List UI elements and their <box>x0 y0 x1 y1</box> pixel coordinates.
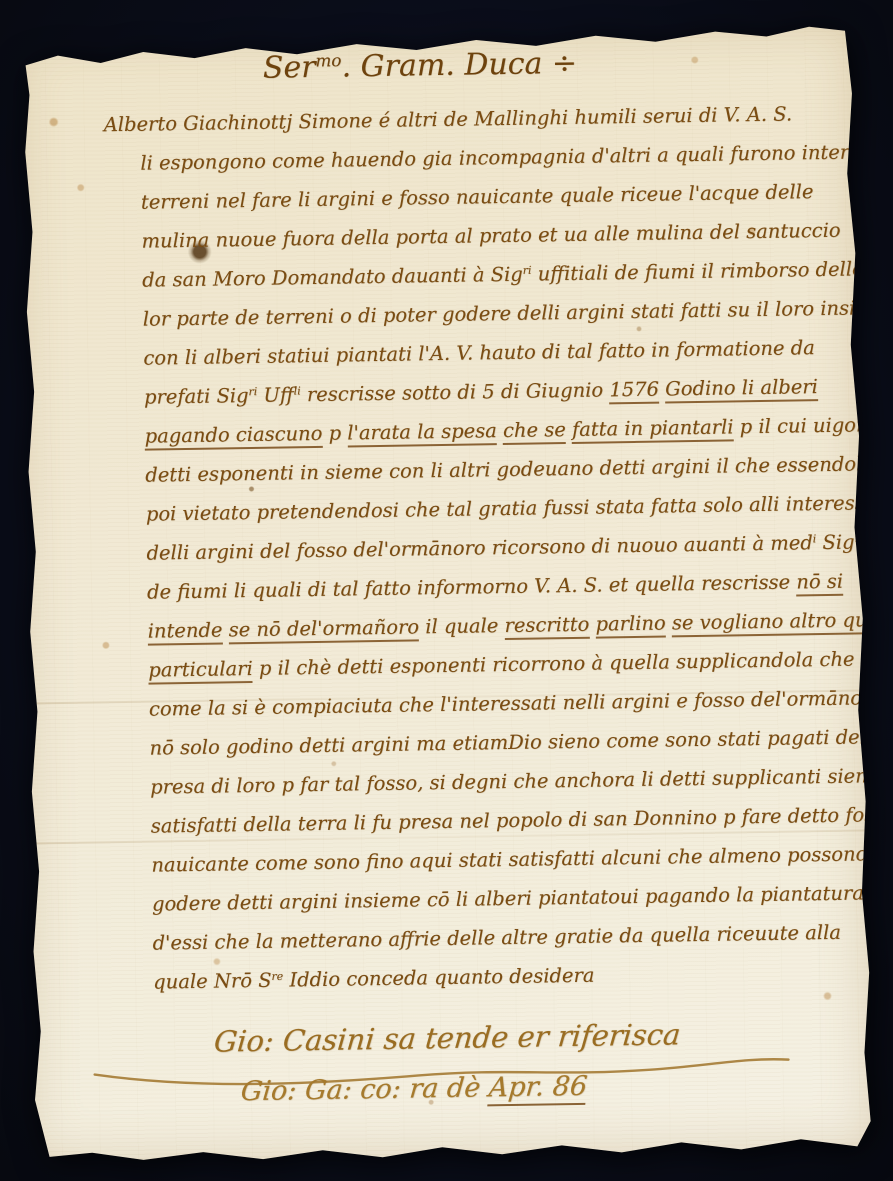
text-segment: da san Moro Domandato dauanti à Sig <box>142 263 523 292</box>
underlined-text-segment: pagando ciascuno <box>144 422 322 451</box>
underlined-text-segment: fatta in piantarli <box>572 415 734 444</box>
underlined-text-segment: nō si <box>796 570 843 597</box>
superscript-abbreviation: re <box>271 970 283 983</box>
text-segment: Ser <box>263 50 316 86</box>
manuscript-page: Sermo. Gram. Duca ÷ Alberto Giachinottj … <box>6 13 878 1168</box>
text-segment: Gio: Ga: co: ra dè <box>240 1072 491 1107</box>
text-segment: quale Nrō S <box>153 969 272 994</box>
letter-content: Sermo. Gram. Duca ÷ Alberto Giachinottj … <box>103 41 873 1109</box>
text-segment: Iddio conceda quanto desidera <box>283 964 595 992</box>
underlined-text-segment: rescritto <box>504 613 589 640</box>
underlined-text-segment: 1576 <box>609 378 659 405</box>
text-segment: Uff <box>257 383 294 407</box>
underlined-text-segment: se nō del'ormañoro <box>228 615 419 644</box>
paper-shadow-wrap: Sermo. Gram. Duca ÷ Alberto Giachinottj … <box>0 0 893 1181</box>
underlined-text-segment: Apr. 86 <box>487 1071 588 1107</box>
underlined-text-segment: intende <box>148 618 223 645</box>
underlined-text-segment: se vogliano altro quelli <box>672 608 893 638</box>
letter-body: Alberto Giachinottj Simone é altri de Ma… <box>140 101 872 1009</box>
text-segment: Sig <box>816 531 855 555</box>
underlined-text-segment: Godino li alberi <box>665 375 818 403</box>
underlined-text-segment: particulari <box>148 657 253 685</box>
underlined-text-segment: che se <box>503 418 566 445</box>
text-segment: prefati Sig <box>144 384 249 409</box>
text-segment: p <box>322 421 347 444</box>
text-segment: il quale <box>419 614 505 638</box>
signature: Gio: Ga: co: ra dè Apr. 86 <box>240 1066 875 1107</box>
signature: Gio: Casini sa tende er riferisca <box>213 1014 874 1058</box>
text-segment: . Gram. Duca ÷ <box>341 46 577 85</box>
superscript-abbreviation: mo <box>315 50 341 70</box>
text-segment: Alberto Giachinottj Simone é altri de Ma… <box>104 102 793 136</box>
text-segment: p il cui uigore <box>733 413 877 438</box>
text-segment: uffitiali de fiumi il rimborso delle <box>531 257 863 285</box>
text-segment: Gio: Casini sa tende er riferisca <box>213 1017 682 1058</box>
superscript-abbreviation: ri <box>854 532 863 545</box>
letter-salutation: Sermo. Gram. Duca ÷ <box>263 41 858 102</box>
underlined-text-segment: l'arata la spesa <box>347 419 497 447</box>
underlined-text-segment: parlino <box>595 612 666 639</box>
text-segment: rescrisse sotto di 5 di Giugnio <box>301 378 610 406</box>
signature-block: Gio: Casini sa tende er riferiscaGio: Ga… <box>118 1014 873 1109</box>
photo-background: Sermo. Gram. Duca ÷ Alberto Giachinottj … <box>0 0 893 1181</box>
